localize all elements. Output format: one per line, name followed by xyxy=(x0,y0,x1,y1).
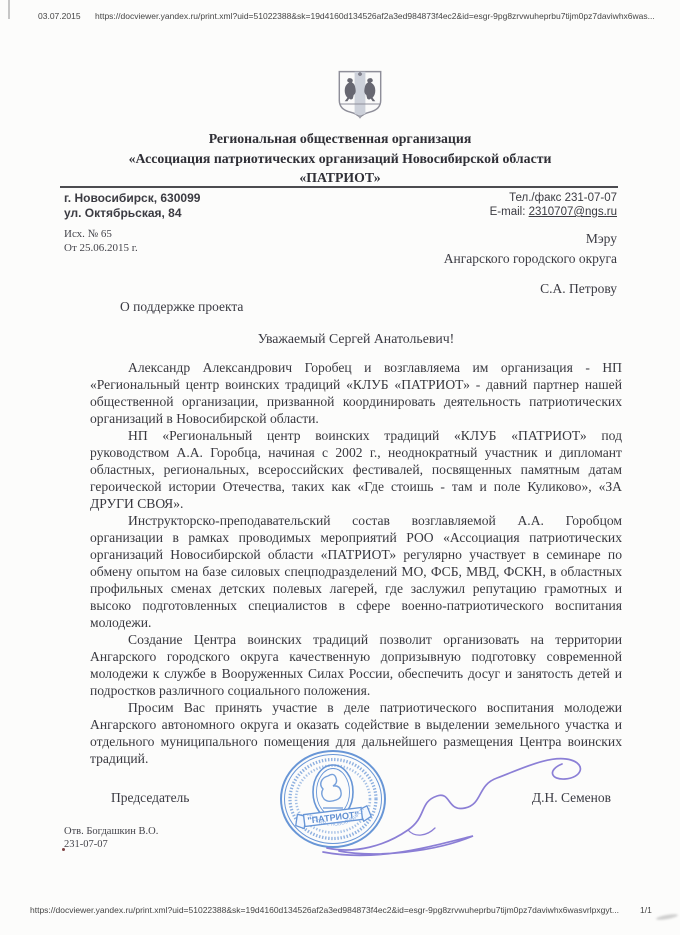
page-indicator: 1/1 xyxy=(640,905,652,915)
org-title: Региональная общественная организация «А… xyxy=(0,129,680,188)
paragraph: Инструкторско-преподавательский состав в… xyxy=(90,512,622,631)
print-footer-url: https://docviewer.yandex.ru/print.xml?ui… xyxy=(30,905,619,915)
org-title-line3: «ПАТРИОТ» xyxy=(0,168,680,188)
recipient-block: Мэру Ангарского городского округа xyxy=(0,229,617,268)
subject-line: О поддержке проекта xyxy=(120,299,243,315)
email-link: 2310707@ngs.ru xyxy=(529,206,617,218)
org-title-line2: «Ассоциация патриотических организаций Н… xyxy=(0,149,680,169)
handwritten-signature xyxy=(315,740,615,865)
print-date: 03.07.2015 xyxy=(38,11,81,21)
letterhead-divider xyxy=(60,186,618,188)
print-page: 03.07.2015 https://docviewer.yandex.ru/p… xyxy=(0,0,680,935)
paragraph: НП «Региональный центр воинских традиций… xyxy=(90,427,622,512)
org-phone: Тел./факс 231-07-07 xyxy=(0,191,617,205)
novosibirsk-emblem-icon xyxy=(333,68,387,122)
executor-phone: 231-07-07 xyxy=(64,838,158,851)
print-header-url: https://docviewer.yandex.ru/print.xml?ui… xyxy=(95,11,655,21)
recipient-line1: Мэру xyxy=(0,229,617,249)
scan-smudge-artifact xyxy=(656,913,678,921)
org-contacts: Тел./факс 231-07-07 E-mail: 2310707@ngs.… xyxy=(0,191,617,219)
org-title-line1: Региональная общественная организация xyxy=(0,129,680,149)
letter-body: Александр Александрович Горобец и возгла… xyxy=(90,359,622,767)
recipient-line2: Ангарского городского округа xyxy=(0,249,617,269)
paragraph: Создание Центра воинских традиций позвол… xyxy=(90,631,622,699)
paragraph: Александр Александрович Горобец и возгла… xyxy=(90,359,622,427)
recipient-name: С.А. Петрову xyxy=(0,281,617,297)
salutation: Уважаемый Сергей Анатольевич! xyxy=(90,331,622,347)
org-email-line: E-mail: 2310707@ngs.ru xyxy=(0,205,617,219)
executor-name: Отв. Богдашкин В.О. xyxy=(64,825,158,838)
executor-block: Отв. Богдашкин В.О. 231-07-07 xyxy=(64,825,158,851)
email-label: E-mail: xyxy=(490,206,529,218)
scan-edge-artifact xyxy=(8,0,10,19)
